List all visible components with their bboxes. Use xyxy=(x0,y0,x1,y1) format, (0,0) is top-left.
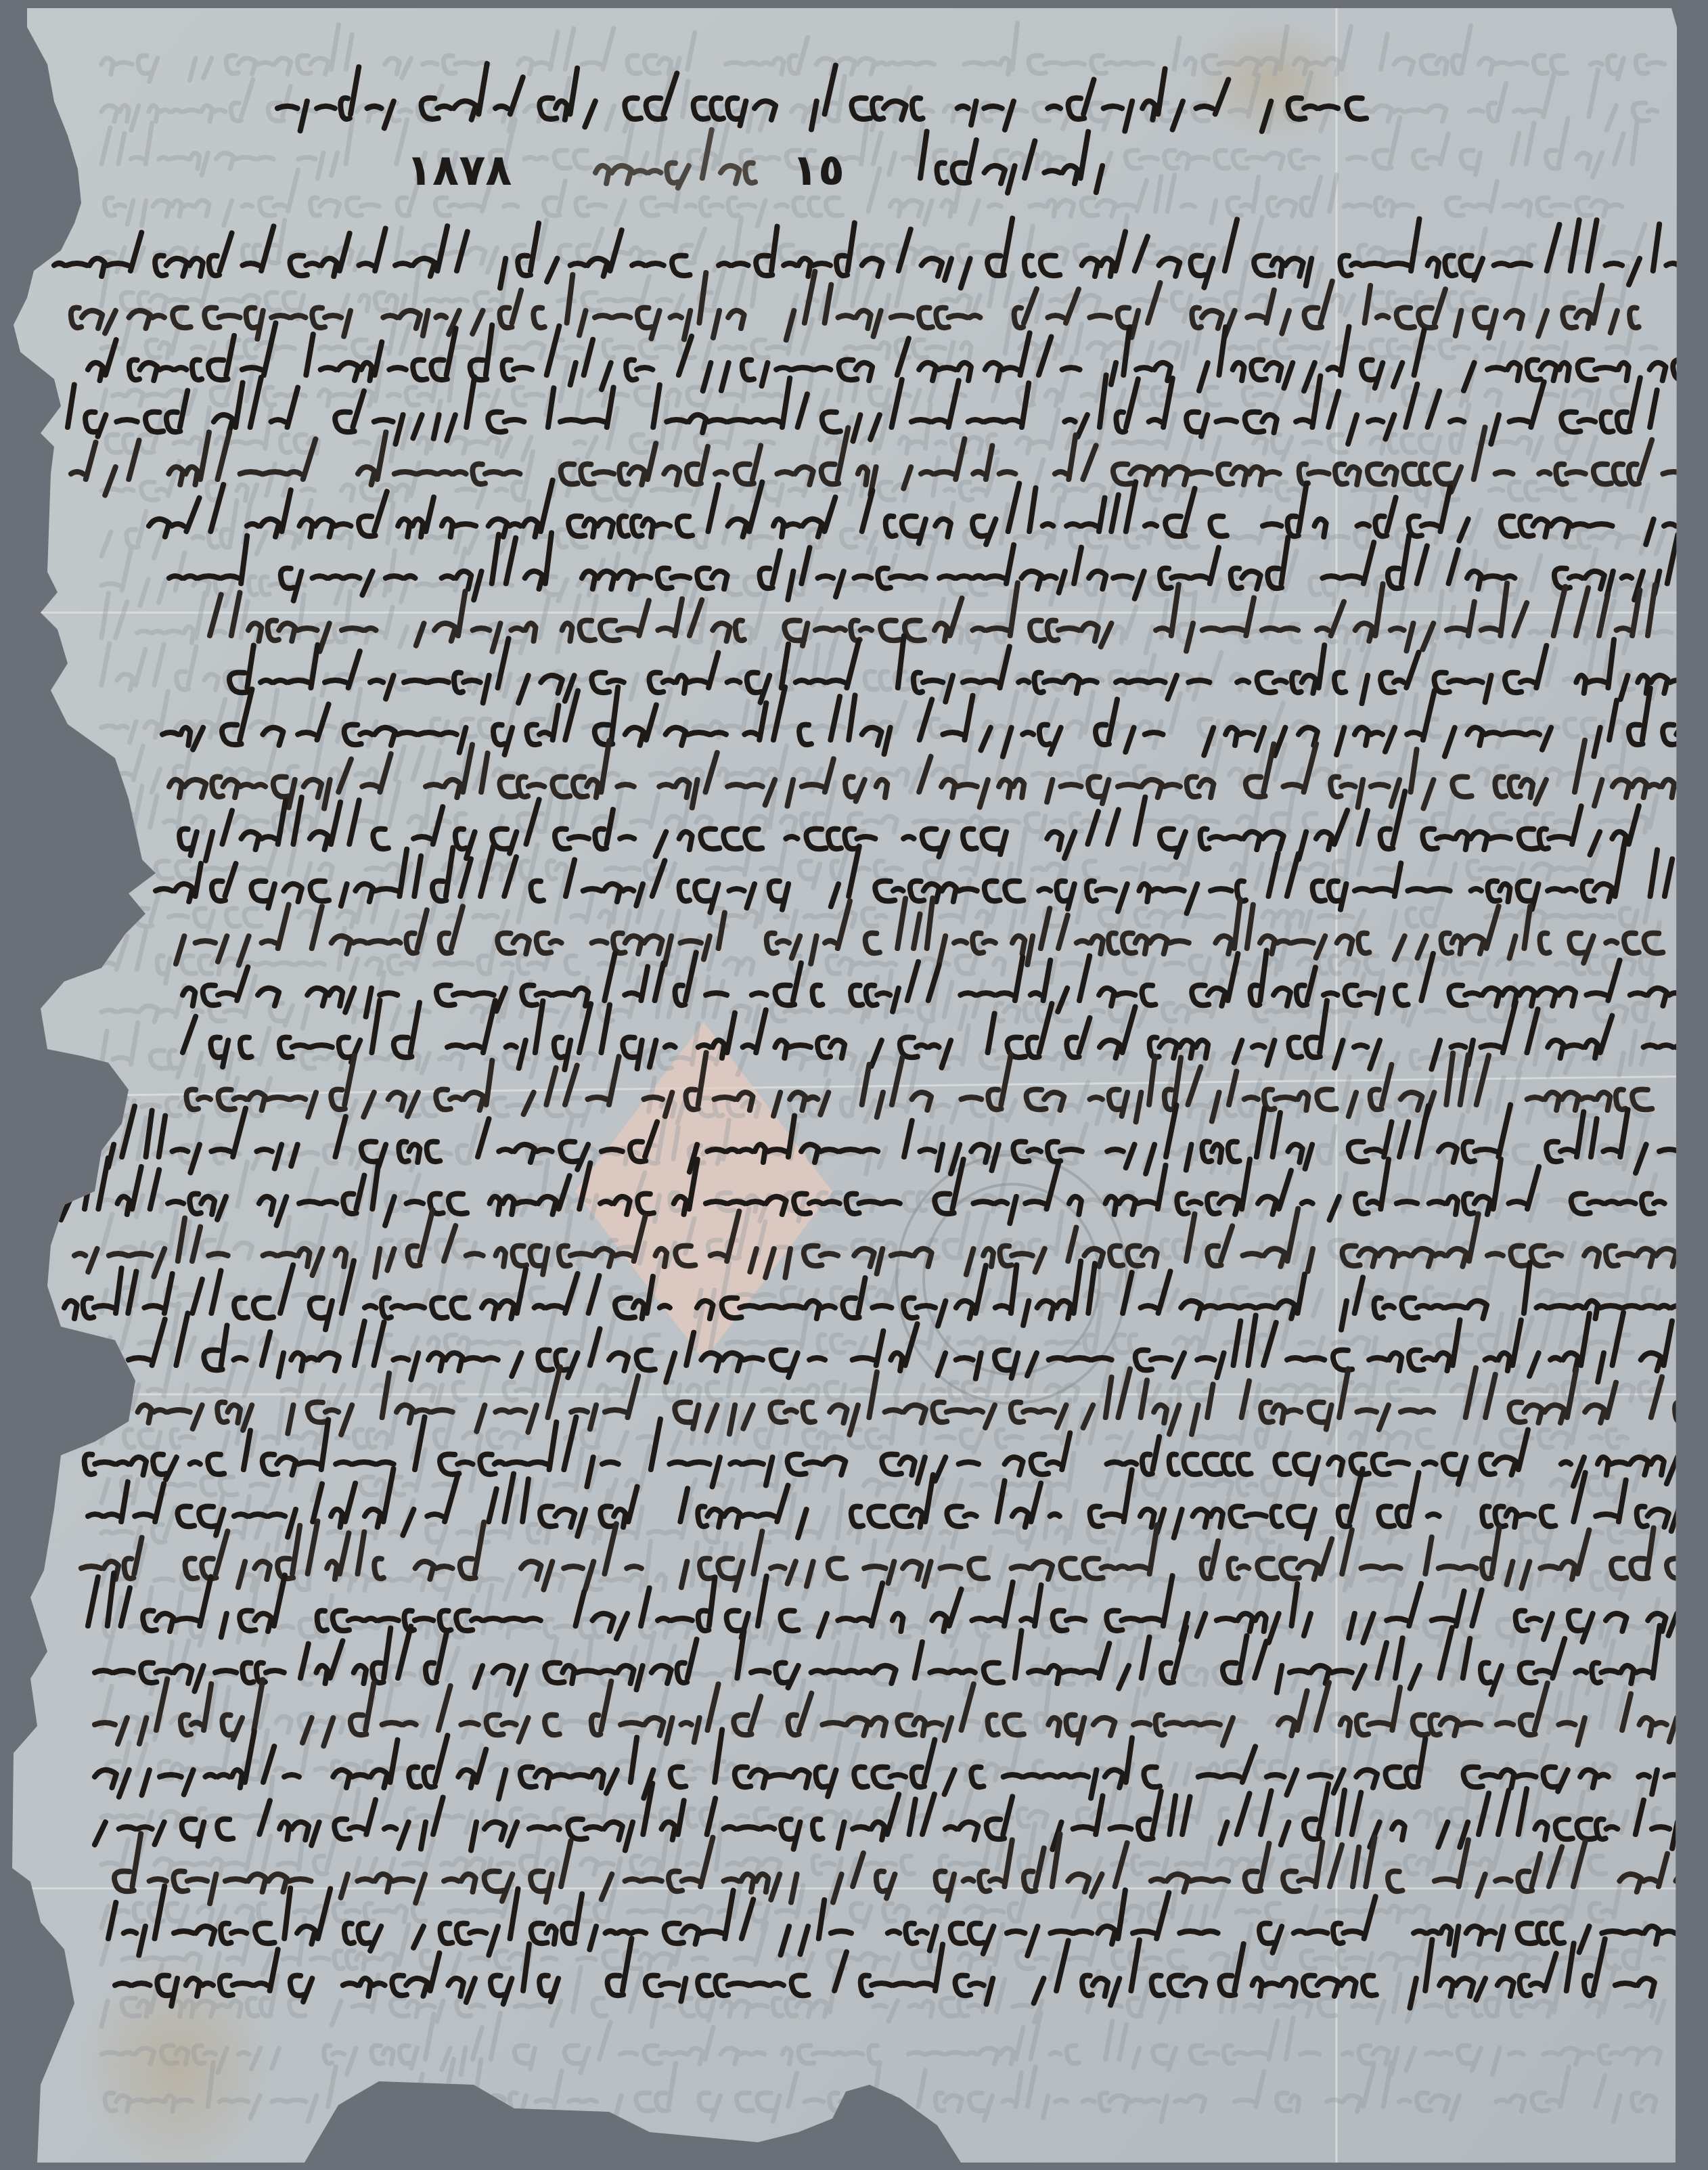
date-day: ١٥ xyxy=(792,146,845,196)
paper-torn-outline xyxy=(12,8,1677,2163)
date-year: ١٨٧٨ xyxy=(406,146,512,196)
letter-paper xyxy=(0,0,1708,2170)
photo-stage: ١٨٧٨ ١٥ xyxy=(0,0,1708,2170)
